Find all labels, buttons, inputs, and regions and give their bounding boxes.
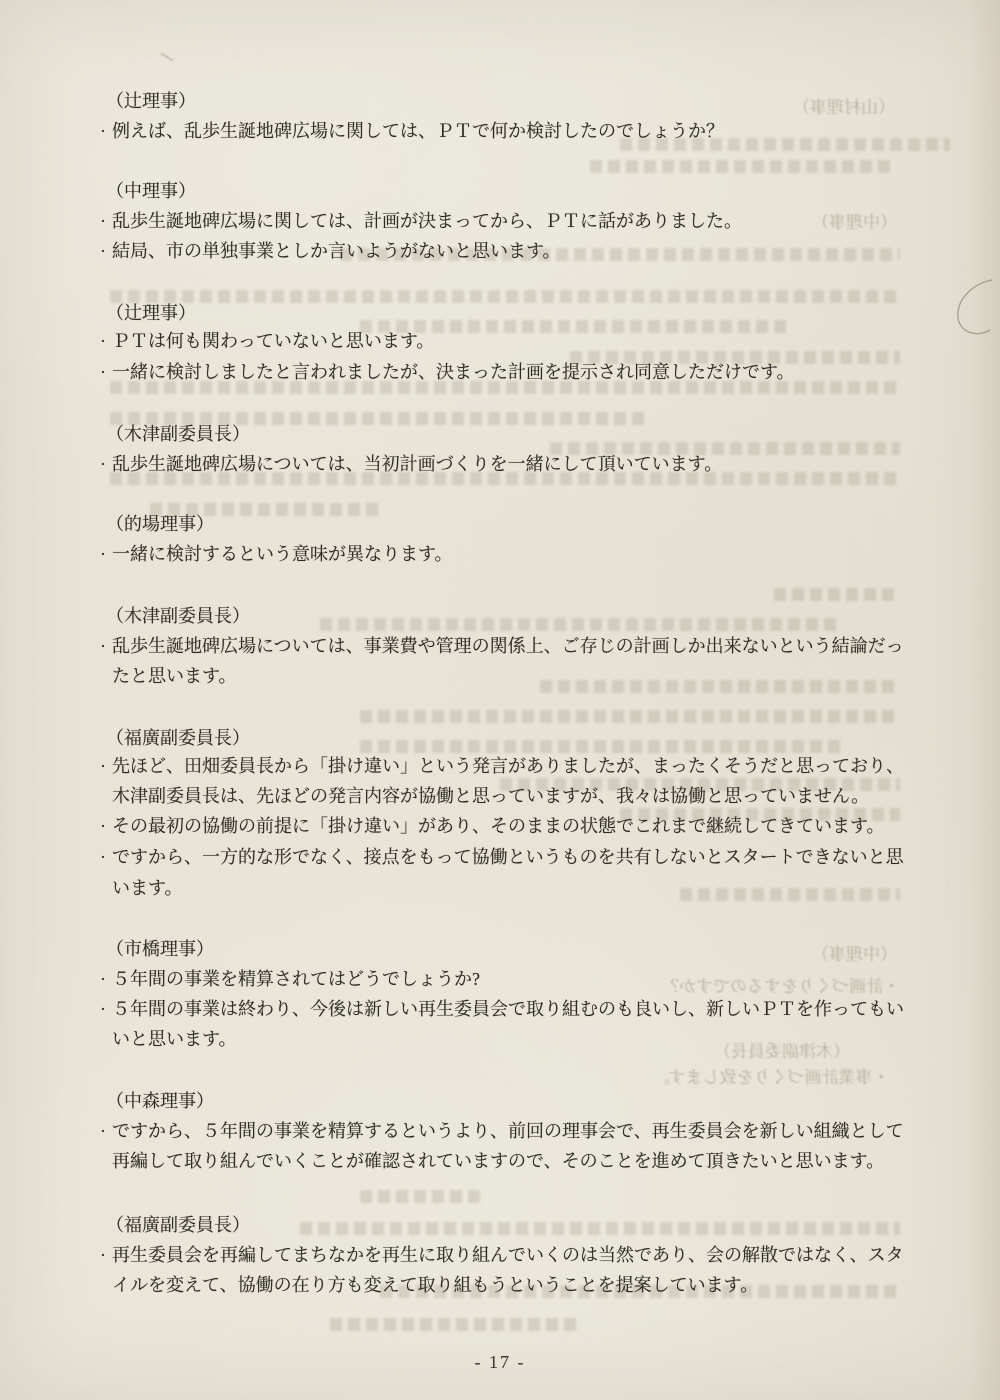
line-text: ですから、５年間の事業を精算するというより、前回の理事会で、再生委員会を新しい組…	[112, 1121, 904, 1141]
line-text: （木津副委員長）	[106, 606, 250, 626]
statement-continuation: います。	[112, 877, 183, 899]
statement-continuation: たと思います。	[112, 665, 237, 687]
line-text: 再編して取り組んでいくことが確認されていますので、そのことを進めて頂きたいと思い…	[112, 1151, 884, 1171]
line-text: その最初の協働の前提に「掛け違い」があり、そのままの状態でこれまで継続してきてい…	[112, 816, 885, 836]
line-text: イルを変えて、協働の在り方も変えて取り組もうということを提案しています。	[112, 1275, 758, 1295]
speaker-header: （的場理事）	[106, 513, 214, 535]
line-text: ＰＴは何も関わっていないと思います。	[112, 331, 434, 351]
bullet-dot: ·	[100, 1120, 112, 1142]
bullet-dot: ·	[100, 361, 112, 383]
bullet-dot: ·	[100, 240, 112, 262]
line-text: （木津副委員長）	[106, 424, 250, 444]
line-text: 木津副委員長は、先ほどの発言内容が協働と思っていますが、我々は協働と思っていませ…	[112, 786, 869, 806]
line-text: （的場理事）	[106, 514, 214, 534]
statement-continuation: イルを変えて、協働の在り方も変えて取り組もうということを提案しています。	[112, 1274, 758, 1296]
line-text: （福廣副委員長）	[106, 1215, 250, 1235]
speaker-header: （木津副委員長）	[106, 605, 250, 627]
statement-line: ·ですから、５年間の事業を精算するというより、前回の理事会で、再生委員会を新しい…	[100, 1120, 904, 1142]
line-text: 乱歩生誕地碑広場に関しては、計画が決まってから、ＰＴに話がありました。	[112, 211, 742, 231]
text-layer: （辻理事）·例えば、乱歩生誕地碑広場に関しては、ＰＴで何か検討したのでしょうか？…	[0, 0, 1000, 1400]
line-text: 例えば、乱歩生誕地碑広場に関しては、ＰＴで何か検討したのでしょうか？	[112, 121, 724, 141]
scanned-minutes-page: （山村理事）（中理事）（中理事）・計画づくりをするのですか？（木津副委員長）・事…	[0, 0, 1000, 1400]
speaker-header: （市橋理事）	[106, 938, 214, 960]
speaker-header: （辻理事）	[106, 90, 196, 112]
bullet-dot: ·	[100, 330, 112, 352]
line-text: （中理事）	[106, 181, 196, 201]
speaker-header: （辻理事）	[106, 302, 196, 324]
line-text: いと思います。	[112, 1029, 237, 1049]
bullet-dot: ·	[100, 755, 112, 777]
line-text: ですから、一方的な形でなく、接点をもって協働というものを共有しないとスタートでき…	[112, 847, 904, 867]
bullet-dot: ·	[100, 998, 112, 1020]
bullet-dot: ·	[100, 635, 112, 657]
bullet-dot: ·	[100, 1244, 112, 1266]
line-text: 再生委員会を再編してまちなかを再生に取り組んでいくのは当然であり、会の解散ではな…	[112, 1245, 904, 1265]
statement-line: ·その最初の協働の前提に「掛け違い」があり、そのままの状態でこれまで継続してきて…	[100, 815, 885, 837]
line-text: 乱歩生誕地碑広場については、事業費や管理の関係上、ご存じの計画しか出来ないという…	[112, 636, 904, 656]
statement-line: ·一緒に検討するという意味が異なります。	[100, 543, 453, 565]
statement-line: ·先ほど、田畑委員長から「掛け違い」という発言がありましたが、まったくそうだと思…	[100, 755, 904, 777]
line-text: 先ほど、田畑委員長から「掛け違い」という発言がありましたが、まったくそうだと思っ…	[112, 756, 904, 776]
line-text: 一緒に検討するという意味が異なります。	[112, 544, 453, 564]
statement-line: ·ＰＴは何も関わっていないと思います。	[100, 330, 434, 352]
line-text: （福廣副委員長）	[106, 728, 250, 748]
statement-line: ·結局、市の単独事業としか言いようがないと思います。	[100, 240, 561, 262]
line-text: （辻理事）	[106, 303, 196, 323]
bullet-dot: ·	[100, 968, 112, 990]
statement-line: ·５年間の事業を精算されてはどうでしょうか?	[100, 968, 480, 990]
line-text: 一緒に検討しましたと言われましたが、決まった計画を提示され同意しただけです。	[112, 362, 795, 382]
statement-line: ·乱歩生誕地碑広場については、当初計画づくりを一緒にして頂いています。	[100, 453, 722, 475]
speaker-header: （福廣副委員長）	[106, 727, 250, 749]
bullet-dot: ·	[100, 846, 112, 868]
statement-line: ·一緒に検討しましたと言われましたが、決まった計画を提示され同意しただけです。	[100, 361, 795, 383]
speaker-header: （福廣副委員長）	[106, 1214, 250, 1236]
statement-line: ·例えば、乱歩生誕地碑広場に関しては、ＰＴで何か検討したのでしょうか？	[100, 120, 724, 142]
statement-continuation: 再編して取り組んでいくことが確認されていますので、そのことを進めて頂きたいと思い…	[112, 1150, 884, 1172]
speaker-header: （中理事）	[106, 180, 196, 202]
line-text: 乱歩生誕地碑広場については、当初計画づくりを一緒にして頂いています。	[112, 454, 722, 474]
statement-line: ·乱歩生誕地碑広場に関しては、計画が決まってから、ＰＴに話がありました。	[100, 210, 742, 232]
bullet-dot: ·	[100, 543, 112, 565]
bullet-dot: ·	[100, 210, 112, 232]
bullet-dot: ·	[100, 453, 112, 475]
page-number: - 17 -	[0, 1352, 1000, 1373]
bullet-dot: ·	[100, 120, 112, 142]
statement-line: ·ですから、一方的な形でなく、接点をもって協働というものを共有しないとスタートで…	[100, 846, 904, 868]
page-curl-mark	[952, 276, 1000, 342]
line-text: います。	[112, 878, 183, 898]
line-text: ５年間の事業は終わり、今後は新しい再生委員会で取り組むのも良いし、新しいＰＴを作…	[112, 999, 904, 1019]
line-text: （市橋理事）	[106, 939, 214, 959]
statement-line: ·乱歩生誕地碑広場については、事業費や管理の関係上、ご存じの計画しか出来ないとい…	[100, 635, 904, 657]
line-text: たと思います。	[112, 666, 237, 686]
line-text: 結局、市の単独事業としか言いようがないと思います。	[112, 241, 561, 261]
speaker-header: （中森理事）	[106, 1090, 214, 1112]
line-text: （中森理事）	[106, 1091, 214, 1111]
statement-line: ·５年間の事業は終わり、今後は新しい再生委員会で取り組むのも良いし、新しいＰＴを…	[100, 998, 904, 1020]
speaker-header: （木津副委員長）	[106, 423, 250, 445]
line-text: ５年間の事業を精算されてはどうでしょうか?	[112, 969, 480, 989]
statement-line: ·再生委員会を再編してまちなかを再生に取り組んでいくのは当然であり、会の解散では…	[100, 1244, 904, 1266]
statement-continuation: 木津副委員長は、先ほどの発言内容が協働と思っていますが、我々は協働と思っていませ…	[112, 785, 869, 807]
statement-continuation: いと思います。	[112, 1028, 237, 1050]
line-text: （辻理事）	[106, 91, 196, 111]
bullet-dot: ·	[100, 815, 112, 837]
